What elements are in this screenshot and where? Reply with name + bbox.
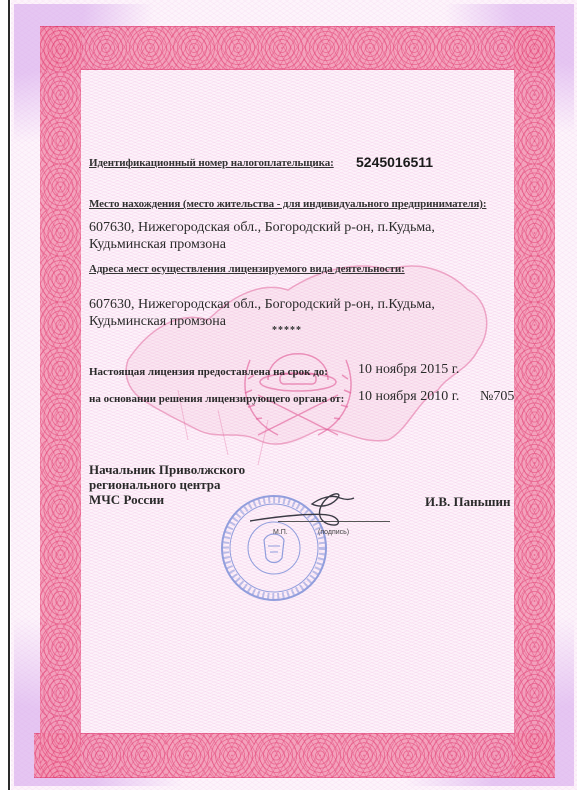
decision-number: №705 [480,389,514,405]
inn-value: 5245016511 [356,154,433,170]
mchs-emblem-icon [228,320,368,450]
decision-date: 10 ноября 2010 г. [358,389,459,405]
handwritten-signature-icon [250,486,380,536]
location-value: 607630, Нижегородская обл., Богородский … [89,219,509,253]
frame-band-top [40,26,555,70]
scan-edge [8,0,10,790]
signatory-name: И.В. Паньшин [425,494,510,510]
activity-addresses-label: Адреса мест осуществления лицензируемого… [89,263,405,275]
decision-label: на основании решения лицензирующего орга… [89,393,344,405]
separator-stars: ***** [272,325,302,336]
validity-label: Настоящая лицензия предоставлена на срок… [89,366,328,378]
signature-caption: (подпись) [318,529,349,536]
inn-label: Идентификационный номер налогоплательщик… [89,157,334,169]
validity-date: 10 ноября 2015 г. [358,362,459,378]
seal-label: М.П. [273,529,288,536]
frame-band-left [40,26,81,778]
frame-band-right [514,26,555,778]
location-label: Место нахождения (место жительства - для… [89,198,486,210]
frame-band-bottom [34,733,554,778]
